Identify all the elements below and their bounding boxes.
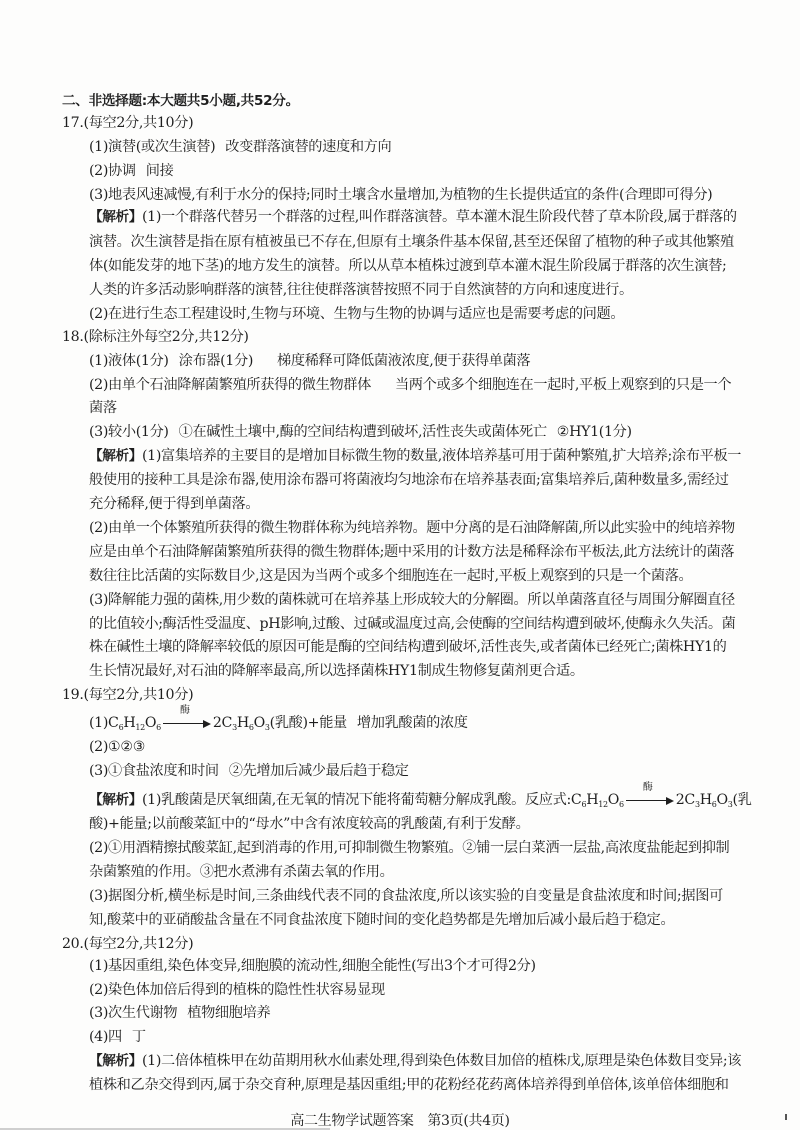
q18-analysis-line: 株在碱性土壤的降解率较低的原因可能是酶的空间结构遭到破坏,活性丧失,或者菌体已经… (89, 637, 723, 657)
q18-analysis-line: 数往往比活菌的实际数目少,这是因为当两个或多个细胞连在一起时,平板上观察到的只是… (89, 566, 692, 586)
q19-analysis-line: (2)①用酒精擦拭酸菜缸,起到消毒的作用,可抑制微生物繁殖。②铺一层白菜洒一层盐… (89, 838, 723, 858)
q19-analysis-line: 酸)+能量;以前酸菜缸中的“母水”中含有浓度较高的乳酸菌,有利于发酵。 (89, 814, 529, 834)
reaction-arrow-icon: 酶 (626, 791, 674, 805)
q18-analysis-line: (2)由单一个体繁殖所获得的微生物群体称为纯培养物。题中分离的是石油降解菌,所以… (89, 518, 723, 538)
q18-analysis-line: 生长情况最好,对石油的降解率最高,所以选择菌株HY1制成生物修复菌剂更合适。 (89, 661, 584, 681)
q17-analysis-line: 体(如能发芽的地下茎)的地方发生的演替。所以从草本植株过渡到草本灌木混生阶段属于… (89, 256, 723, 276)
q19-answer-3: (3)①食盐浓度和时间②先增加后减少最后趋于稳定 (89, 761, 409, 781)
q19-answer-1: (1)C6H12O6酶2C3H6O3(乳酸)+能量增加乳酸菌的浓度 (89, 713, 468, 733)
q17-answer-1: (1)演替(或次生演替)改变群落演替的速度和方向 (89, 137, 391, 157)
q20-answer-2: (2)染色体加倍后得到的植株的隐性性状容易显现 (89, 980, 385, 1000)
q17-answer-3: (3)地表风速减慢,有利于水分的保持;同时土壤含水量增加,为植物的生长提供适宜的… (89, 185, 712, 205)
q17-header: 17.(每空2分,共10分) (62, 113, 193, 133)
q20-header: 20.(每空2分,共12分) (62, 934, 193, 954)
q17-analysis-line: (2)在进行生态工程建设时,生物与环境、生物与生物的协调与适应也是需要考虑的问题… (89, 304, 624, 324)
q20-answer-3: (3)次生代谢物植物细胞培养 (89, 1003, 270, 1023)
answer-sheet-page: 二、非选择题:本大题共5小题,共52分。 17.(每空2分,共10分) (1)演… (0, 0, 800, 1130)
q19-analysis-line: 知,酸菜中的亚硝酸盐含量在不同食盐浓度下随时间的变化趋势都是先增加后减小最后趋于… (89, 910, 674, 930)
product-formula: 2C3H6O3(乳酸)+能量 (213, 715, 347, 731)
q19-analysis-line: (3)据图分析,横坐标是时间,三条曲线代表不同的食盐浓度,所以该实验的自变量是食… (89, 886, 723, 906)
q18-analysis-line: 般使用的接种工具是涂布器,使用涂布器可将菌液均匀地涂布在培养基表面;富集培养后,… (89, 470, 723, 490)
q18-analysis-line: 的比值较小;酶活性受温度、pH影响,过酸、过碱或温度过高,会使酶的空间结构遭到破… (89, 614, 723, 634)
q18-analysis-line: 应是由单个石油降解菌繁殖所获得的微生物群体;题中采用的计数方法是稀释涂布平板法,… (89, 542, 723, 562)
reactant-formula: C6H12O6 (108, 715, 161, 731)
q18-answer-1: (1)液体(1分)涂布器(1分)梯度稀释可降低菌液浓度,便于获得单菌落 (89, 351, 530, 371)
reaction-arrow-icon: 酶 (163, 714, 211, 728)
q17-analysis-line: 人类的许多活动影响群落的演替,往往使群落演替按照不同于自然演替的方向和速度进行。 (89, 280, 633, 300)
q18-header: 18.(除标注外每空2分,共12分) (62, 327, 249, 347)
page-footer: 高二生物学试题答案 第3页(共4页) (0, 1110, 800, 1130)
q19-analysis-line: 杂菌繁殖的作用。③把水煮沸有杀菌去氧的作用。 (89, 862, 393, 882)
q18-analysis-line: 充分稀释,便于得到单菌落。 (89, 494, 259, 514)
q19-analysis-line: 【解析】(1)乳酸菌是厌氧细菌,在无氧的情况下能将葡萄糖分解成乳酸。反应式:C6… (89, 790, 752, 810)
q20-answer-1: (1)基因重组,染色体变异,细胞膜的流动性,细胞全能性(写出3个才可得2分) (89, 956, 536, 976)
q18-analysis-line: (3)降解能力强的菌株,用少数的菌株就可在培养基上形成较大的分解圈。所以单菌落直… (89, 590, 723, 610)
q19-answer-2: (2)①②③ (89, 737, 145, 757)
q20-analysis-line: 【解析】(1)二倍体植株甲在幼苗期用秋水仙素处理,得到染色体数目加倍的植株戊,原… (89, 1051, 723, 1071)
q18-analysis-line: 【解析】(1)富集培养的主要目的是增加目标微生物的数量,液体培养基可用于菌种繁殖… (89, 446, 723, 466)
section-heading: 二、非选择题:本大题共5小题,共52分。 (62, 91, 299, 111)
q20-answer-4: (4)四丁 (89, 1027, 146, 1047)
q17-answer-2: (2)协调间接 (89, 161, 173, 181)
reactant-formula: C6H12O6 (571, 792, 624, 808)
q18-answer-2: (2)由单个石油降解菌繁殖所获得的微生物群体当两个或多个细胞连在一起时,平板上观… (89, 375, 731, 395)
q17-analysis-line: 演替。次生演替是指在原有植被虽已不存在,但原有土壤条件基本保留,甚至还保留了植物… (89, 232, 723, 252)
scan-mark (785, 1114, 787, 1120)
q20-analysis-line: 植株和乙杂交得到丙,属于杂交育种,原理是基因重组;甲的花粉经花药离体培养得到单倍… (89, 1075, 723, 1095)
q18-answer-2-cont: 菌落 (89, 398, 117, 418)
q19-header: 19.(每空2分,共10分) (62, 685, 193, 705)
q17-analysis-line: 【解析】(1)一个群落代替另一个群落的过程,叫作群落演替。草本灌木混生阶段代替了… (89, 207, 723, 227)
q18-answer-3: (3)较小(1分)①在碱性土壤中,酶的空间结构遭到破坏,活性丧失或菌体死亡②HY… (89, 422, 632, 442)
product-formula: 2C3H6O3(乳 (676, 792, 752, 808)
